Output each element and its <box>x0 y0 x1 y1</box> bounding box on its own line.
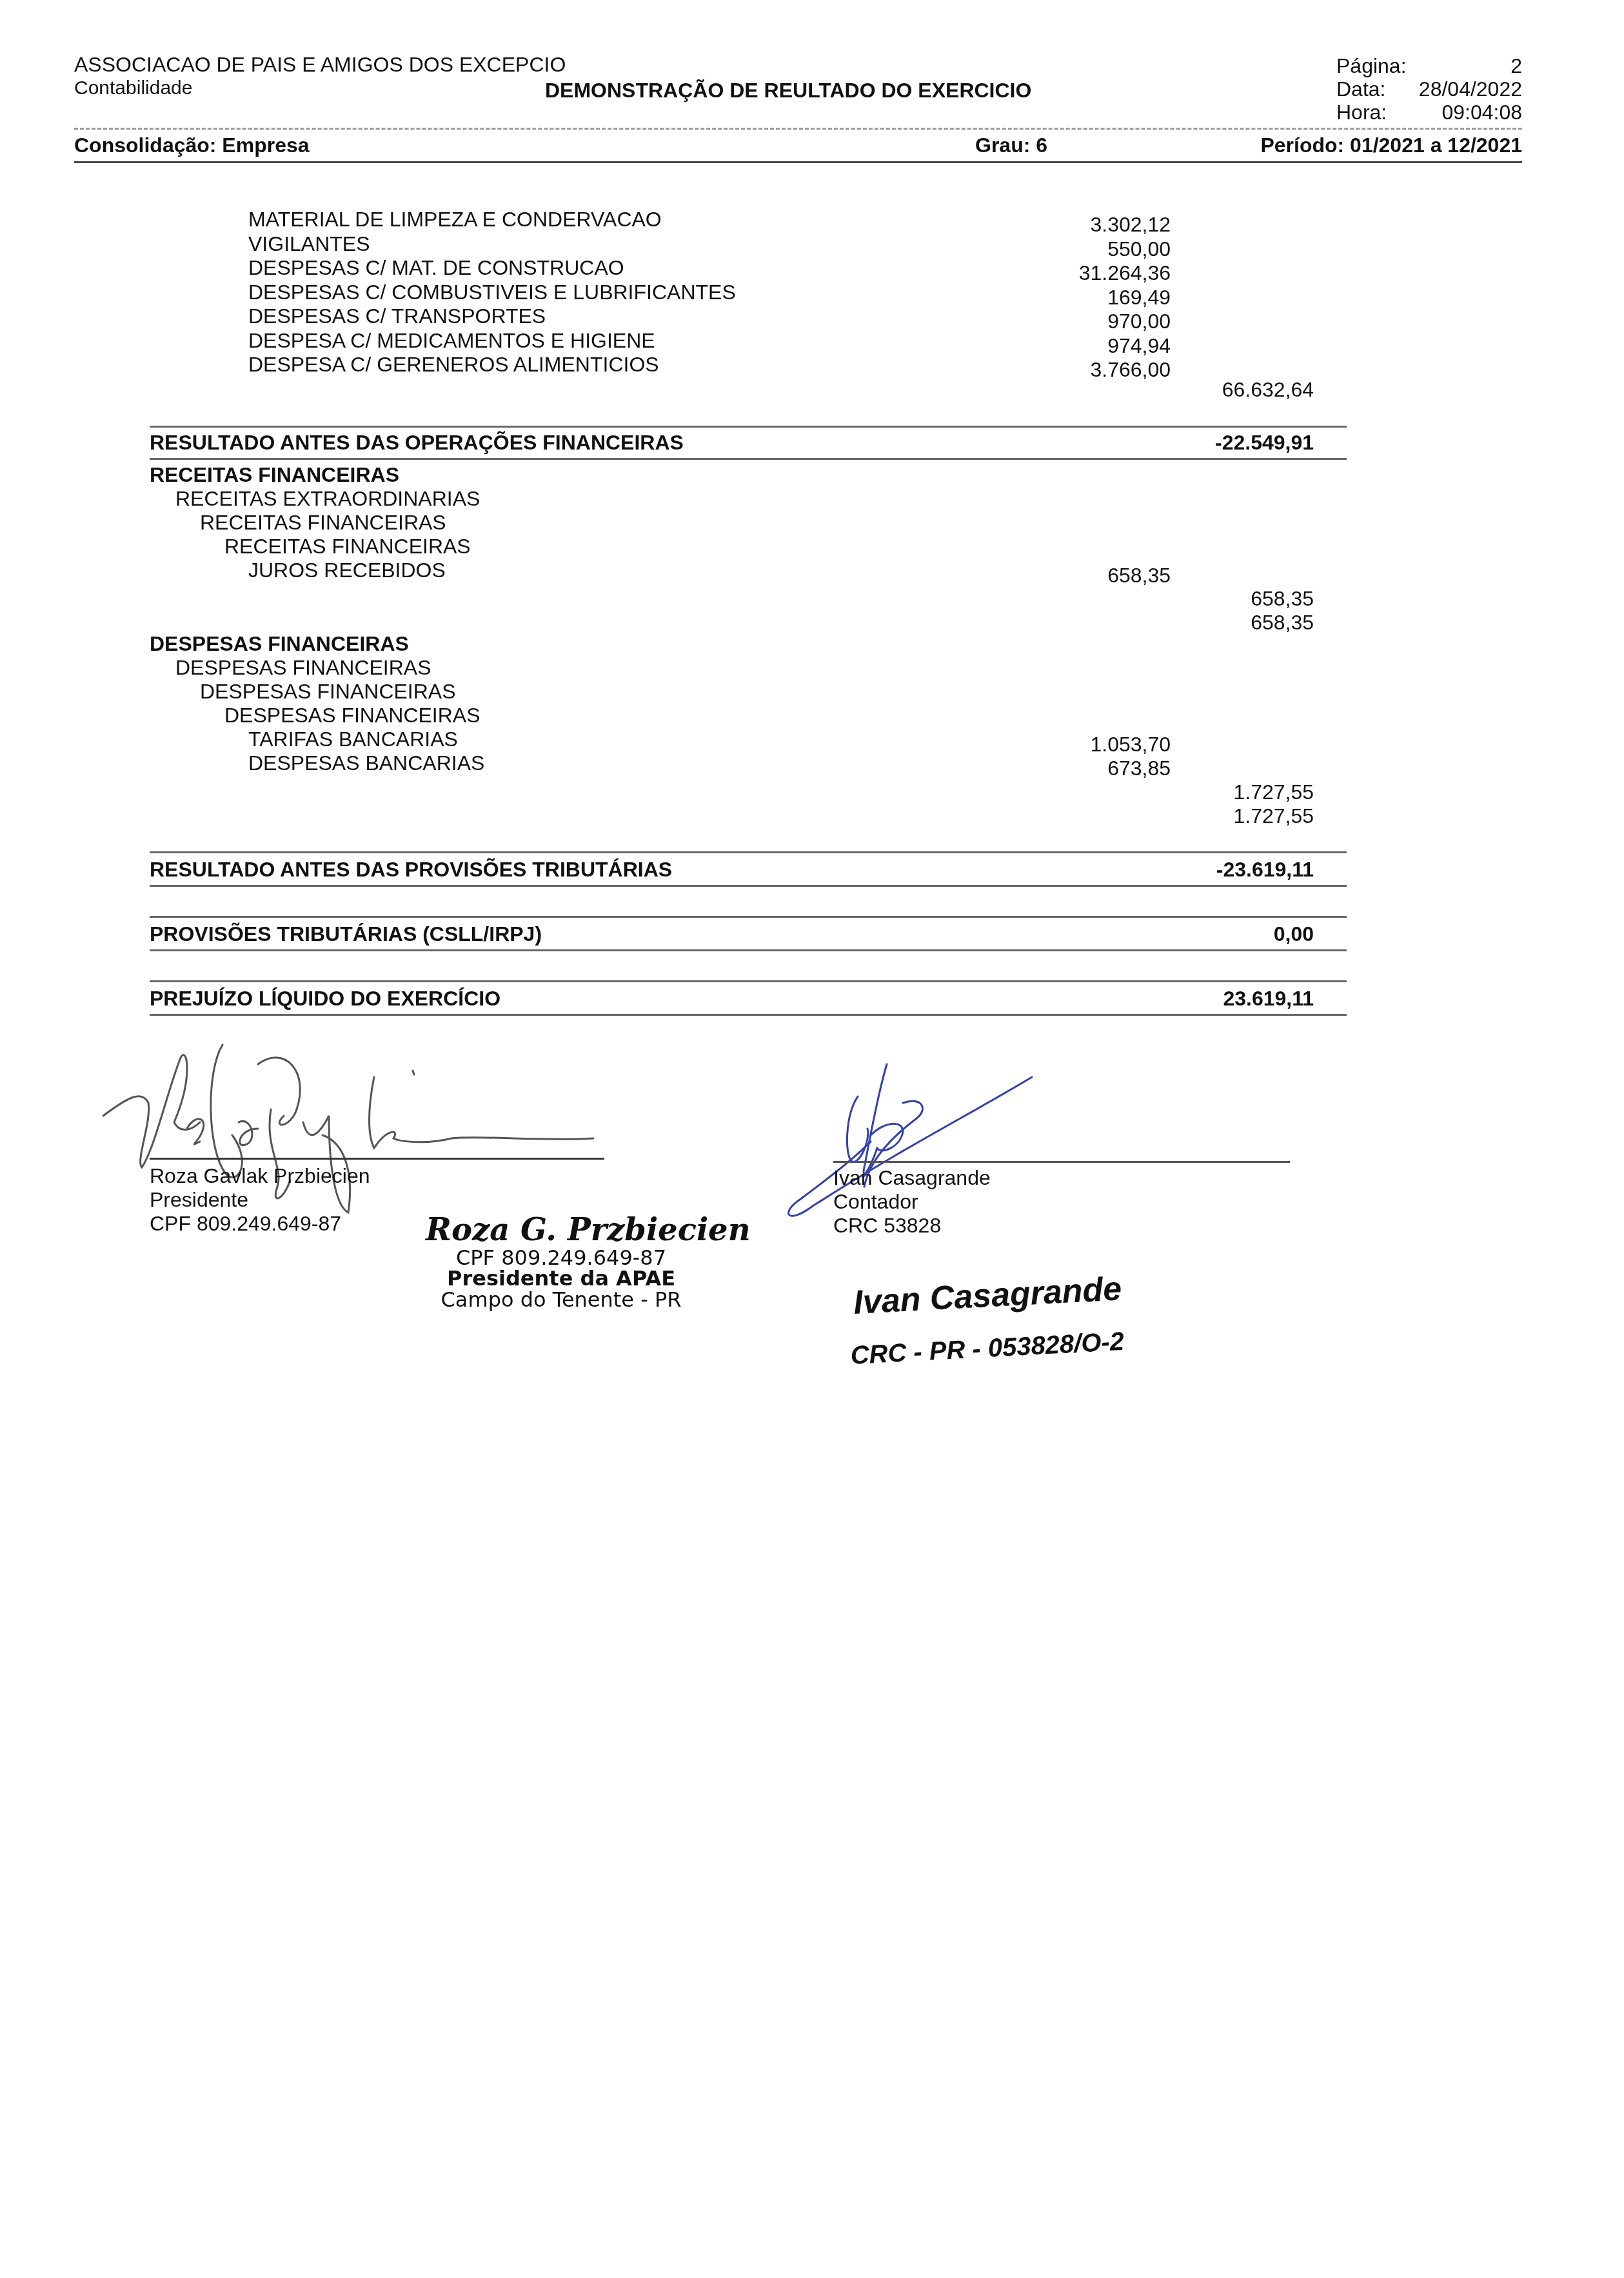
accountant-signature-line <box>833 1161 1290 1163</box>
financial-expenses-level1-row: DESPESAS FINANCEIRAS <box>0 656 1624 680</box>
consolidation: Consolidação: Empresa <box>74 134 310 157</box>
expense-item-row: VIGILANTES550,00 <box>0 232 1624 256</box>
separator <box>150 949 1347 951</box>
financial-expenses-item-label: DESPESAS BANCARIAS <box>248 751 484 775</box>
expense-item-row: DESPESA C/ GERENEROS ALIMENTICIOS3.766,0… <box>0 353 1624 377</box>
president-stamp-cpf: CPF 809.249.649-87 <box>426 1247 697 1268</box>
expense-item-label: DESPESAS C/ MAT. DE CONSTRUCAO <box>248 256 624 280</box>
tax-provisions-row: PROVISÕES TRIBUTÁRIAS (CSLL/IRPJ) 0,00 <box>0 922 1624 946</box>
financial-expenses-level2: DESPESAS FINANCEIRAS <box>200 680 456 704</box>
accountant-name: Ivan Casagrande <box>833 1166 991 1190</box>
expense-item-label: VIGILANTES <box>248 232 370 256</box>
financial-revenue-subtotal2-row: 658,35 <box>0 611 1624 635</box>
expense-item-row: DESPESAS C/ MAT. DE CONSTRUCAO31.264,36 <box>0 256 1624 280</box>
financial-revenue-title: RECEITAS FINANCEIRAS <box>150 463 399 487</box>
separator <box>150 916 1347 918</box>
financial-expenses-subtotal2: 1.727,55 <box>1233 804 1314 828</box>
accountant-stamp-name: Ivan Casagrande <box>853 1269 1123 1322</box>
expense-subtotal: 66.632,64 <box>1222 378 1314 402</box>
financial-revenue-subtotal1-row: 658,35 <box>0 587 1624 611</box>
financial-expenses-title-row: DESPESAS FINANCEIRAS <box>0 632 1624 656</box>
net-loss-label: PREJUÍZO LÍQUIDO DO EXERCÍCIO <box>150 987 500 1011</box>
separator <box>150 851 1347 853</box>
president-stamp-role: Presidente da APAE <box>426 1268 697 1289</box>
accountant-role: Contador <box>833 1190 918 1214</box>
president-stamp-name: Roza G. Przbiecien <box>426 1213 697 1247</box>
result-before-financial-value: -22.549,91 <box>1215 431 1314 455</box>
president-role: Presidente <box>150 1188 248 1212</box>
financial-revenue-level3-row: RECEITAS FINANCEIRAS <box>0 535 1624 559</box>
tax-provisions-value: 0,00 <box>1274 922 1314 946</box>
result-before-financial-row: RESULTADO ANTES DAS OPERAÇÕES FINANCEIRA… <box>0 431 1624 455</box>
financial-expenses-item-row: TARIFAS BANCARIAS 1.053,70 <box>0 728 1624 751</box>
grade: Grau: 6 <box>975 134 1047 157</box>
separator <box>150 980 1347 982</box>
period: Período: 01/2021 a 12/2021 <box>1260 134 1522 157</box>
expense-item-label: DESPESAS C/ COMBUSTIVEIS E LUBRIFICANTES <box>248 281 736 304</box>
financial-expenses-subtotal1-row: 1.727,55 <box>0 780 1624 804</box>
financial-revenue-level2-row: RECEITAS FINANCEIRAS <box>0 511 1624 535</box>
expense-subtotal-row: 66.632,64 <box>0 378 1624 402</box>
financial-revenue-title-row: RECEITAS FINANCEIRAS <box>0 463 1624 487</box>
president-cpf: CPF 809.249.649-87 <box>150 1212 341 1236</box>
financial-expenses-level3: DESPESAS FINANCEIRAS <box>224 704 480 728</box>
financial-expenses-level2-row: DESPESAS FINANCEIRAS <box>0 680 1624 704</box>
president-stamp: Roza G. Przbiecien CPF 809.249.649-87 Pr… <box>426 1213 697 1311</box>
department-name: Contabilidade <box>74 76 192 100</box>
time-label: Hora: <box>1336 101 1387 124</box>
separator <box>150 885 1347 887</box>
expense-item-row: DESPESAS C/ TRANSPORTES970,00 <box>0 304 1624 328</box>
president-signature-line <box>150 1158 604 1160</box>
financial-expenses-level1: DESPESAS FINANCEIRAS <box>175 656 431 680</box>
header-underline <box>74 161 1522 163</box>
time-value: 09:04:08 <box>1441 101 1522 124</box>
result-before-tax-label: RESULTADO ANTES DAS PROVISÕES TRIBUTÁRIA… <box>150 858 672 882</box>
expense-item-row: DESPESA C/ MEDICAMENTOS E HIGIENE974,94 <box>0 329 1624 353</box>
separator <box>150 1014 1347 1016</box>
financial-revenue-level1: RECEITAS EXTRAORDINARIAS <box>175 487 480 511</box>
date-label: Data: <box>1336 77 1385 101</box>
net-loss-value: 23.619,11 <box>1223 987 1314 1011</box>
separator <box>150 458 1347 460</box>
financial-revenue-level1-row: RECEITAS EXTRAORDINARIAS <box>0 487 1624 511</box>
financial-revenue-item-label: JUROS RECEBIDOS <box>248 559 446 582</box>
result-before-financial-label: RESULTADO ANTES DAS OPERAÇÕES FINANCEIRA… <box>150 431 684 455</box>
expense-item-row: DESPESAS C/ COMBUSTIVEIS E LUBRIFICANTES… <box>0 281 1624 304</box>
financial-revenue-item-value: 658,35 <box>1107 564 1171 588</box>
financial-revenue-level2: RECEITAS FINANCEIRAS <box>200 511 446 535</box>
result-before-tax-value: -23.619,11 <box>1216 858 1314 882</box>
president-stamp-place: Campo do Tenente - PR <box>426 1289 697 1311</box>
expense-item-row: MATERIAL DE LIMPEZA E CONDERVACAO3.302,1… <box>0 208 1624 232</box>
financial-expenses-item-row: DESPESAS BANCARIAS 673,85 <box>0 751 1624 775</box>
financial-expenses-level3-row: DESPESAS FINANCEIRAS <box>0 704 1624 728</box>
report-title: DEMONSTRAÇÃO DE REULTADO DO EXERCICIO <box>545 79 1031 103</box>
accountant-crc: CRC 53828 <box>833 1214 941 1238</box>
expense-item-label: DESPESA C/ MEDICAMENTOS E HIGIENE <box>248 329 655 353</box>
financial-revenue-subtotal1: 658,35 <box>1251 587 1314 611</box>
financial-expenses-item-value: 673,85 <box>1107 757 1171 780</box>
net-loss-row: PREJUÍZO LÍQUIDO DO EXERCÍCIO 23.619,11 <box>0 987 1624 1011</box>
financial-expenses-item-label: TARIFAS BANCARIAS <box>248 728 458 751</box>
expense-item-label: MATERIAL DE LIMPEZA E CONDERVACAO <box>248 208 662 232</box>
president-name: Roza Gavlak Przbiecien <box>150 1164 370 1188</box>
financial-expenses-subtotal1: 1.727,55 <box>1233 780 1314 804</box>
financial-revenue-item-row: JUROS RECEBIDOS 658,35 <box>0 559 1624 582</box>
page-label: Página: <box>1336 54 1407 78</box>
organization-name: ASSOCIACAO DE PAIS E AMIGOS DOS EXCEPCIO <box>74 53 566 77</box>
financial-revenue-subtotal2: 658,35 <box>1251 611 1314 635</box>
expense-item-label: DESPESAS C/ TRANSPORTES <box>248 304 546 328</box>
separator <box>150 426 1347 428</box>
header-divider <box>74 128 1522 130</box>
accountant-stamp-crc: CRC - PR - 053828/O-2 <box>850 1327 1125 1371</box>
tax-provisions-label: PROVISÕES TRIBUTÁRIAS (CSLL/IRPJ) <box>150 922 542 946</box>
date-value: 28/04/2022 <box>1419 77 1522 101</box>
financial-expenses-title: DESPESAS FINANCEIRAS <box>150 632 409 656</box>
financial-expenses-subtotal2-row: 1.727,55 <box>0 804 1624 828</box>
page-number: 2 <box>1510 54 1522 78</box>
result-before-tax-row: RESULTADO ANTES DAS PROVISÕES TRIBUTÁRIA… <box>0 858 1624 882</box>
financial-revenue-level3: RECEITAS FINANCEIRAS <box>224 535 471 559</box>
expense-item-label: DESPESA C/ GERENEROS ALIMENTICIOS <box>248 353 659 377</box>
